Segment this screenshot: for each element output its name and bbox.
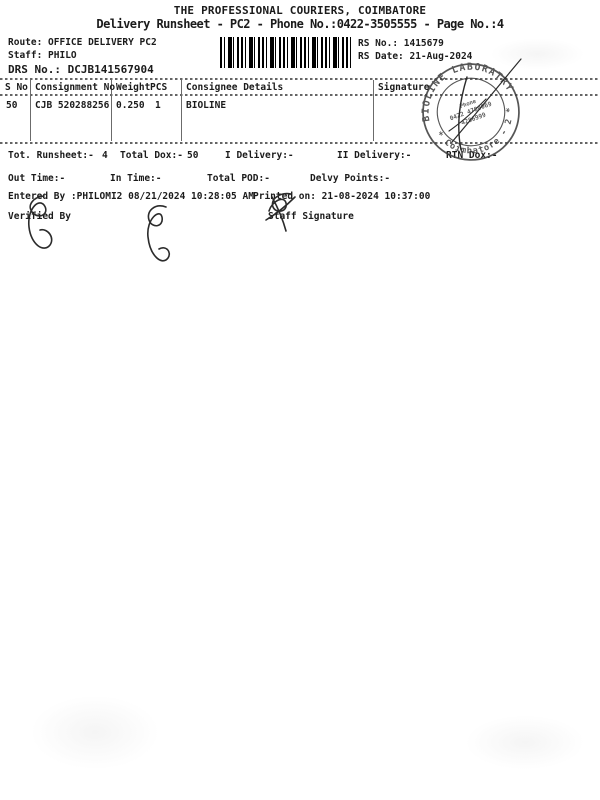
drs-no-field: DRS No.: DCJB141567904	[8, 63, 154, 76]
col-header-consignment: Consignment No	[35, 82, 115, 93]
column-divider	[373, 80, 374, 141]
cell-consignee: BIOLINE	[186, 100, 226, 111]
printed-on-field: Printed on: 21-08-2024 10:37:00	[253, 191, 430, 202]
verified-by-signature	[29, 196, 52, 248]
staff-field: Staff: PHILO	[8, 50, 77, 61]
tot-runsheet-label: Tot. Runsheet:-	[8, 150, 94, 161]
in-time-label: In Time:-	[110, 173, 161, 184]
tot-runsheet-value: 4	[102, 150, 108, 161]
col-header-consignee: Consignee Details	[186, 82, 283, 93]
total-dox-label: Total Dox:-	[120, 150, 183, 161]
cell-consignment: CJB 520288256	[35, 100, 109, 111]
scan-smudge	[30, 695, 160, 770]
company-title: THE PROFESSIONAL COURIERS, COIMBATORE	[0, 4, 600, 17]
scan-smudge	[465, 715, 585, 770]
scan-smudge	[490, 38, 585, 70]
total-pod-label: Total POD:-	[207, 173, 270, 184]
ii-delivery-label: II Delivery:-	[337, 150, 411, 161]
barcode-image	[220, 37, 353, 68]
route-field: Route: OFFICE DELIVERY PC2	[8, 37, 157, 48]
out-time-label: Out Time:-	[8, 173, 65, 184]
column-divider	[181, 80, 182, 141]
rs-no-field: RS No.: 1415679	[358, 38, 444, 49]
entered-by-field: Entered By :PHILOMI2 08/21/2024 10:28:05…	[8, 191, 254, 202]
cell-weight: 0.250	[116, 100, 145, 111]
verified-by-label: Verified By	[8, 211, 71, 222]
delivery-runsheet-document: THE PROFESSIONAL COURIERS, COIMBATORE De…	[0, 0, 600, 800]
runsheet-subtitle: Delivery Runsheet - PC2 - Phone No.:0422…	[0, 17, 600, 31]
staff-signature-label: Staff Signature	[268, 211, 354, 222]
col-header-weight: Weight	[116, 82, 150, 93]
col-header-pcs: PCS	[150, 82, 167, 93]
col-header-sno: S No	[5, 82, 28, 93]
middle-signature	[148, 206, 169, 261]
total-dox-value: 50	[187, 150, 198, 161]
i-delivery-label: I Delivery:-	[225, 150, 294, 161]
rs-date-field: RS Date: 21-Aug-2024	[358, 51, 472, 62]
delvy-points-label: Delvy Points:-	[310, 173, 390, 184]
cell-pcs: 1	[155, 100, 161, 111]
cell-sno: 50	[6, 100, 17, 111]
column-divider	[30, 80, 31, 141]
